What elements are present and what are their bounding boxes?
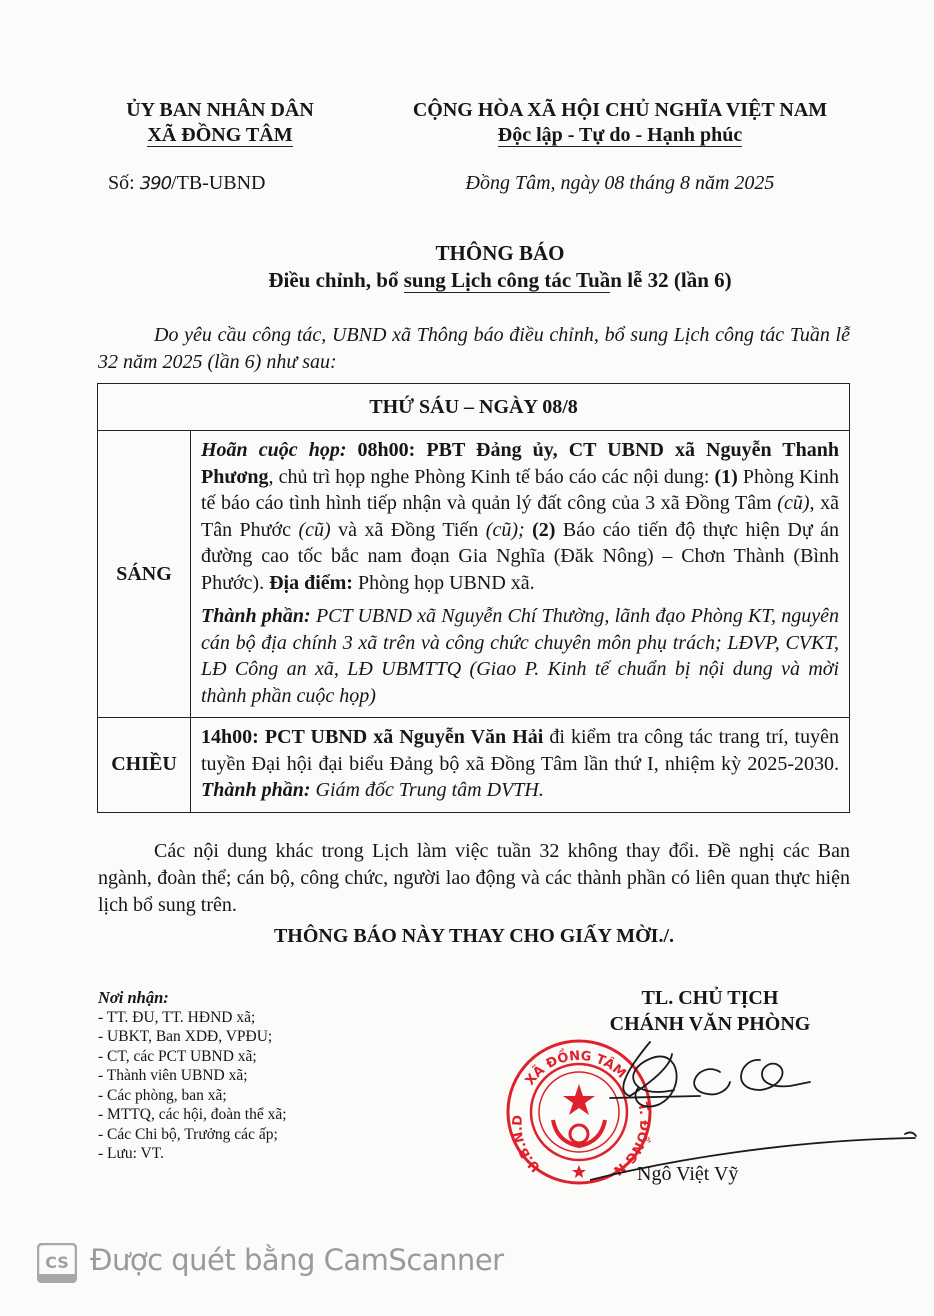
document-subtitle: Điều chỉnh, bổ sung Lịch công tác Tuần l… [150,267,850,294]
day-header-row: THỨ SÁU – NGÀY 08/8 [98,384,850,431]
table-row-morning: SÁNG Hoãn cuộc họp: 08h00: PBT Đảng ủy, … [98,431,850,718]
afternoon-content: 14h00: PCT UBND xã Nguyễn Văn Hải đi kiể… [191,718,850,813]
agency-line-1: ỦY BAN NHÂN DÂN [100,98,340,123]
camscanner-watermark: Được quét bằng CamScanner [90,1243,504,1277]
document-title: THÔNG BÁO [150,240,850,267]
document-number: Số: 390/TB-UBND [108,172,266,195]
recipients-heading: Nơi nhận: [98,988,398,1008]
svg-text:CS: CS [45,1253,69,1272]
period-morning: SÁNG [98,431,191,718]
handwritten-number: 390 [140,173,171,194]
issuing-agency: ỦY BAN NHÂN DÂN XÃ ĐỒNG TÂM [100,98,340,148]
list-item: - Thành viên UBND xã; [98,1066,398,1086]
morning-content: Hoãn cuộc họp: 08h00: PBT Đảng ủy, CT UB… [191,431,850,718]
day-header: THỨ SÁU – NGÀY 08/8 [98,384,850,431]
place-date: Đồng Tâm, ngày 08 tháng 8 năm 2025 [395,172,845,195]
recipients-list: Nơi nhận: - TT. ĐU, TT. HĐND xã; - UBKT,… [98,988,398,1164]
replace-invitation-note: THÔNG BÁO NÀY THAY CHO GIẤY MỜI./. [98,925,850,948]
list-item: - TT. ĐU, TT. HĐND xã; [98,1008,398,1028]
list-item: - Các Chi bộ, Trưởng các ấp; [98,1125,398,1145]
list-item: - MTTQ, các hội, đoàn thể xã; [98,1105,398,1125]
document-title-block: THÔNG BÁO Điều chỉnh, bổ sung Lịch công … [150,240,850,294]
camscanner-logo-icon: CS [37,1243,77,1283]
national-motto: Độc lập - Tự do - Hạnh phúc [498,124,742,147]
list-item: - Các phòng, ban xã; [98,1086,398,1106]
list-item: - Lưu: VT. [98,1144,398,1164]
period-afternoon: CHIỀU [98,718,191,813]
list-item: - UBKT, Ban XDĐ, VPĐU; [98,1027,398,1047]
agency-line-2: XÃ ĐỒNG TÂM [147,124,292,147]
closing-paragraph: Các nội dung khác trong Lịch làm việc tu… [98,838,850,919]
intro-paragraph: Do yêu cầu công tác, UBND xã Thông báo đ… [98,322,850,376]
schedule-table: THỨ SÁU – NGÀY 08/8 SÁNG Hoãn cuộc họp: … [97,383,850,813]
table-row-afternoon: CHIỀU 14h00: PCT UBND xã Nguyễn Văn Hải … [98,718,850,813]
national-header: CỘNG HÒA XÃ HỘI CHỦ NGHĨA VIỆT NAM Độc l… [395,98,845,148]
signer-name: Ngô Việt Vỹ [637,1163,738,1186]
nation-name: CỘNG HÒA XÃ HỘI CHỦ NGHĨA VIỆT NAM [395,98,845,123]
morning-meeting: Hoãn cuộc họp: 08h00: PBT Đảng ủy, CT UB… [201,437,839,596]
list-item: - CT, các PCT UBND xã; [98,1047,398,1067]
morning-participants: Thành phần: PCT UBND xã Nguyễn Chí Thườn… [201,603,839,709]
